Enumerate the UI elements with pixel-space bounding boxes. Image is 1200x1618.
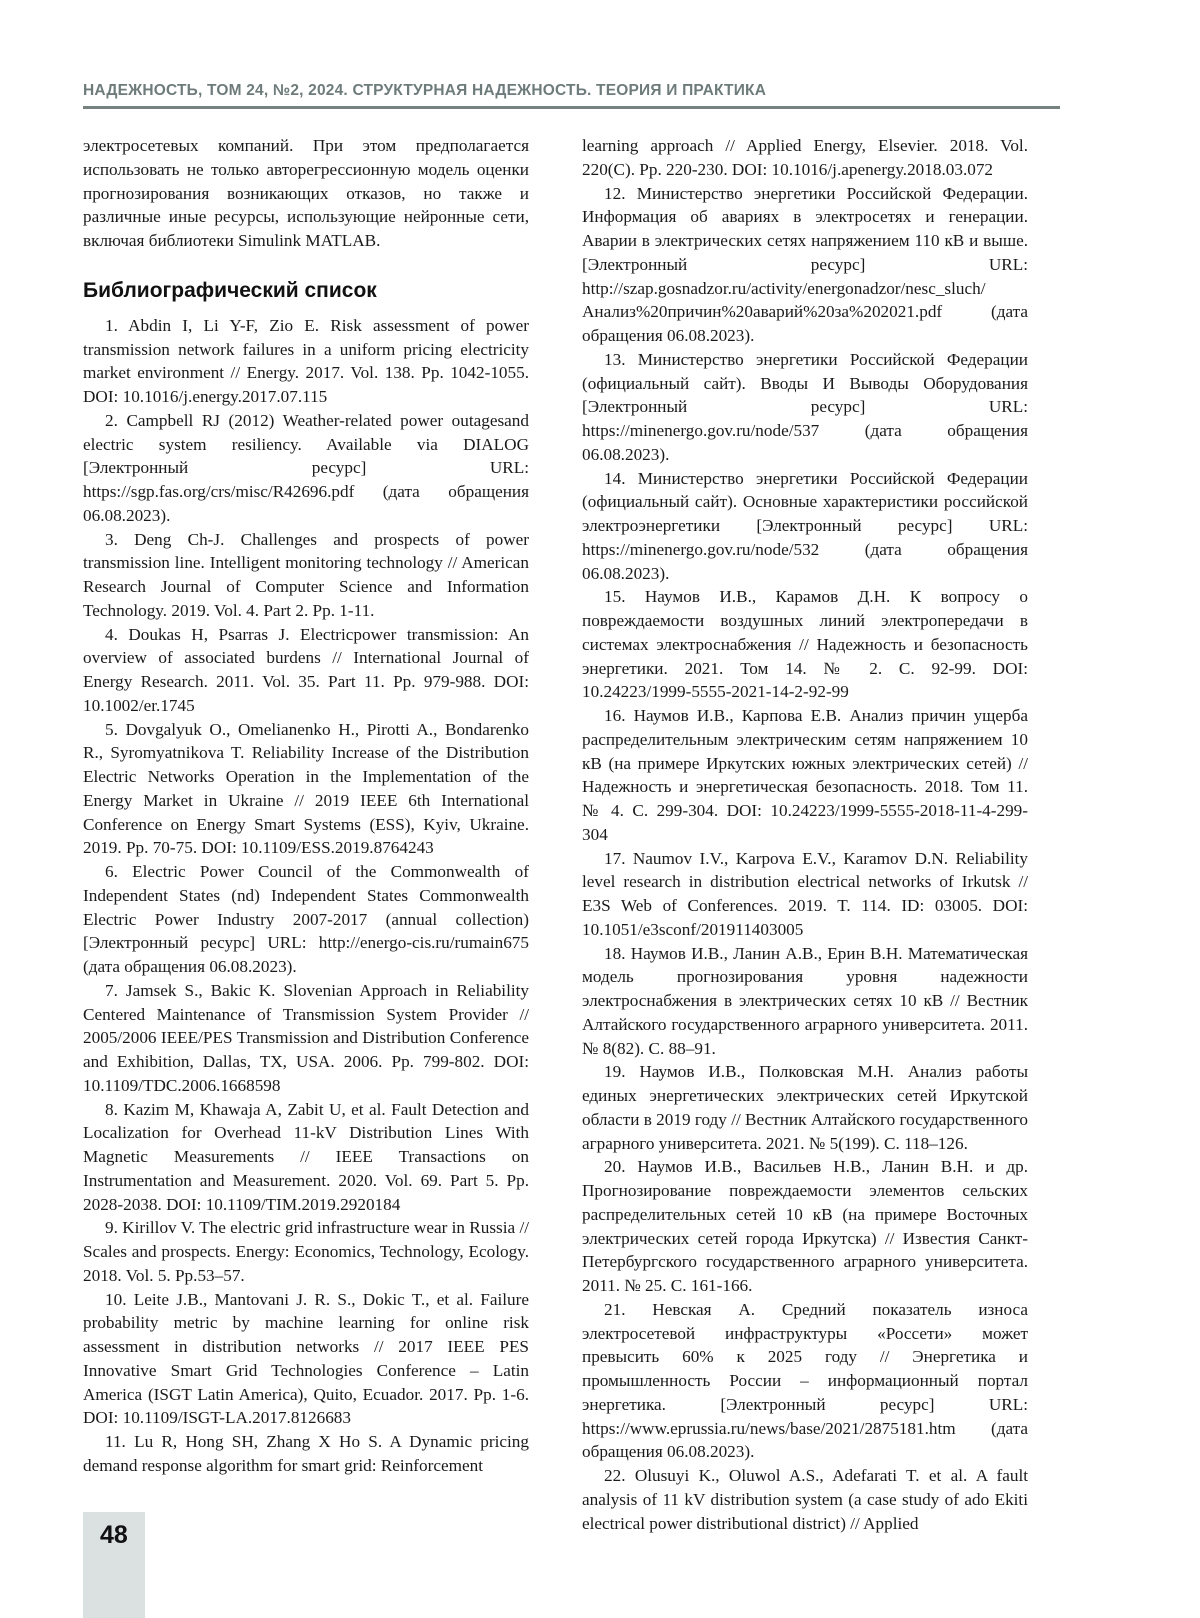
reference-item: 11. Lu R, Hong SH, Zhang X Ho S. A Dynam…	[83, 1430, 529, 1478]
reference-item: 9. Kirillov V. The electric grid infrast…	[83, 1216, 529, 1287]
page-number: 48	[100, 1521, 128, 1550]
reference-item: 17. Naumov I.V., Karpova E.V., Karamov D…	[582, 847, 1028, 942]
reference-item: 19. Наумов И.В., Полковская М.Н. Анализ …	[582, 1060, 1028, 1155]
reference-item: 20. Наумов И.В., Васильев Н.В., Ланин В.…	[582, 1155, 1028, 1298]
intro-paragraph: электросетевых компаний. При этом предпо…	[83, 134, 529, 253]
reference-continuation: learning approach // Applied Energy, Els…	[582, 134, 1028, 182]
reference-item: 7. Jamsek S., Bakic K. Slovenian Approac…	[83, 979, 529, 1098]
reference-item: 4. Doukas H, Psarras J. Electricpower tr…	[83, 623, 529, 718]
right-column: learning approach // Applied Energy, Els…	[582, 134, 1028, 1535]
reference-item: 6. Electric Power Council of the Commonw…	[83, 860, 529, 979]
reference-item: 2. Campbell RJ (2012) Weather-related po…	[83, 409, 529, 528]
reference-item: 21. Невская А. Средний показатель износа…	[582, 1298, 1028, 1464]
reference-item: 1. Abdin I, Li Y-F, Zio E. Risk assessme…	[83, 314, 529, 409]
reference-item: 10. Leite J.B., Mantovani J. R. S., Doki…	[83, 1288, 529, 1431]
running-head: НАДЕЖНОСТЬ, ТОМ 24, №2, 2024. СТРУКТУРНА…	[83, 82, 766, 100]
reference-item: 8. Kazim M, Khawaja A, Zabit U, et al. F…	[83, 1098, 529, 1217]
header-rule	[83, 106, 1060, 109]
reference-item: 15. Наумов И.В., Карамов Д.Н. К вопросу …	[582, 585, 1028, 704]
reference-item: 5. Dovgalyuk O., Omelianenko H., Pirotti…	[83, 718, 529, 861]
reference-item: 22. Olusuyi K., Oluwol A.S., Adefarati T…	[582, 1464, 1028, 1535]
left-column: электросетевых компаний. При этом предпо…	[83, 134, 529, 1478]
reference-item: 16. Наумов И.В., Карпова Е.В. Анализ при…	[582, 704, 1028, 847]
reference-item: 12. Министерство энергетики Российской Ф…	[582, 182, 1028, 348]
reference-item: 18. Наумов И.В., Ланин А.В., Ерин В.Н. М…	[582, 942, 1028, 1061]
reference-item: 3. Deng Ch-J. Challenges and prospects o…	[83, 528, 529, 623]
reference-item: 13. Министерство энергетики Российской Ф…	[582, 348, 1028, 467]
reference-item: 14. Министерство энергетики Российской Ф…	[582, 467, 1028, 586]
section-title: Библиографический список	[83, 278, 529, 304]
